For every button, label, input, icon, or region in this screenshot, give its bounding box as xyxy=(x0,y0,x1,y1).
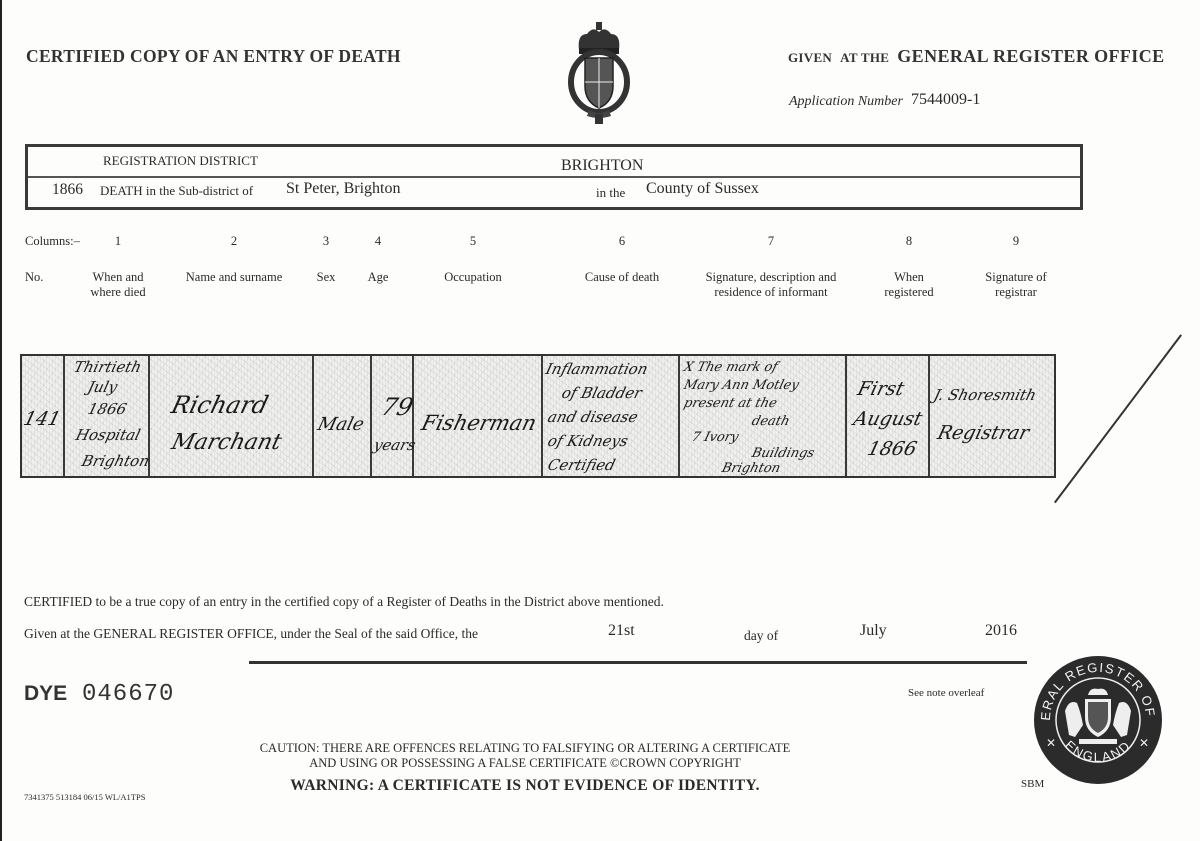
when-where-died-line: Brighton xyxy=(80,452,152,471)
county-label: in the xyxy=(596,185,625,201)
column-divider xyxy=(63,356,65,476)
signature-rule xyxy=(249,661,1027,664)
certification-year: 2016 xyxy=(985,622,1017,640)
column-header: Cause of death xyxy=(567,270,677,285)
form-code: 7341375 513184 06/15 WL/A1TPS xyxy=(24,792,145,802)
column-number: 7 xyxy=(751,234,791,249)
see-note-overleaf: See note overleaf xyxy=(908,687,984,699)
registrar-signature: J. Shoresmith xyxy=(932,386,1039,405)
cause-of-death-line: and disease xyxy=(546,408,640,427)
column-header: Signature, description and residence of … xyxy=(691,270,851,300)
deceased-age: 79 xyxy=(379,396,415,418)
serial-number: 046670 xyxy=(82,681,174,708)
royal-coat-of-arms-icon xyxy=(567,20,631,126)
district-divider xyxy=(28,176,1080,178)
entry-number: 141 xyxy=(21,408,63,430)
deceased-surname: Marchant xyxy=(169,432,283,454)
column-number: 1 xyxy=(98,234,138,249)
informant-line: death xyxy=(750,412,792,431)
columns-label: Columns:– xyxy=(25,234,80,249)
informant-line: present at the xyxy=(682,394,779,413)
column-divider xyxy=(678,356,680,476)
registration-district-box: REGISTRATION DISTRICT BRIGHTON 1866 DEAT… xyxy=(25,144,1083,210)
cause-of-death-line: Inflammation xyxy=(544,360,650,379)
serial-prefix: DYE xyxy=(24,682,67,706)
column-divider xyxy=(370,356,372,476)
column-number: 3 xyxy=(306,234,346,249)
subdistrict-label: DEATH in the Sub-district of xyxy=(100,183,253,199)
column-number: 8 xyxy=(889,234,929,249)
caution-notice: CAUTION: THERE ARE OFFENCES RELATING TO … xyxy=(245,741,805,771)
column-header: When and where died xyxy=(83,270,153,300)
deceased-occupation: Fisherman xyxy=(419,412,539,434)
column-divider xyxy=(845,356,847,476)
column-header: When registered xyxy=(874,270,944,300)
certification-month: July xyxy=(860,622,887,640)
when-where-died-line: Hospital xyxy=(74,426,143,445)
registration-date-line: First xyxy=(855,378,906,400)
column-header: Signature of registrar xyxy=(976,270,1056,300)
document-title: CERTIFIED COPY OF AN ENTRY OF DEATH xyxy=(26,46,401,67)
column-header: Occupation xyxy=(418,270,528,285)
deceased-sex: Male xyxy=(315,414,366,436)
svg-text:✕: ✕ xyxy=(1139,736,1149,750)
informant-line: 7 Ivory xyxy=(690,428,741,447)
registration-date-line: August xyxy=(851,408,924,430)
certification-day: 21st xyxy=(608,622,635,640)
certification-statement: CERTIFIED to be a true copy of an entry … xyxy=(24,594,664,610)
identity-warning: WARNING: A CERTIFICATE IS NOT EVIDENCE O… xyxy=(245,777,805,795)
application-number: 7544009-1 xyxy=(911,91,980,109)
column-header: Age xyxy=(323,270,433,285)
general-register-office-seal-icon: GENERAL REGISTER OFFICE ENGLAND ✕ ✕ xyxy=(1033,655,1163,785)
cause-of-death-line: Certified xyxy=(546,456,618,475)
deceased-forename: Richard xyxy=(169,394,270,416)
cause-of-death-line: of Kidneys xyxy=(546,432,630,451)
registration-year: 1866 xyxy=(52,181,83,199)
column-divider xyxy=(312,356,314,476)
registration-date-line: 1866 xyxy=(865,438,919,460)
column-number: 9 xyxy=(996,234,1036,249)
informant-line: Mary Ann Motley xyxy=(682,376,801,395)
issuer-heading: GIVEN AT THE GENERAL REGISTER OFFICE xyxy=(788,46,1165,67)
when-where-died-line: 1866 xyxy=(86,400,129,419)
informant-line: X The mark of xyxy=(682,358,780,377)
registration-district-label: REGISTRATION DISTRICT xyxy=(103,153,258,169)
informant-line: Brighton xyxy=(720,459,783,478)
column-divider xyxy=(928,356,930,476)
death-entry-row: 141 Thirtieth July 1866 Hospital Brighto… xyxy=(20,354,1056,478)
column-number: 4 xyxy=(358,234,398,249)
column-number: 5 xyxy=(453,234,493,249)
page-edge xyxy=(0,0,2,841)
when-where-died-line: July xyxy=(86,378,120,397)
application-number-label: Application Number xyxy=(789,94,903,110)
registrar-title: Registrar xyxy=(935,422,1031,444)
cancellation-line xyxy=(1054,334,1182,503)
column-number: 6 xyxy=(602,234,642,249)
county-value: County of Sussex xyxy=(646,180,759,198)
given-at-text: Given at the GENERAL REGISTER OFFICE, un… xyxy=(24,626,478,642)
deceased-age-unit: years xyxy=(372,436,418,455)
when-where-died-line: Thirtieth xyxy=(72,358,144,377)
column-header: No. xyxy=(25,270,55,285)
subdistrict-value: St Peter, Brighton xyxy=(286,180,400,198)
svg-text:✕: ✕ xyxy=(1046,736,1056,750)
cause-of-death-line: of Bladder xyxy=(560,384,644,403)
day-of-label: day of xyxy=(744,628,778,644)
column-number: 2 xyxy=(214,234,254,249)
registration-district-value: BRIGHTON xyxy=(561,157,643,175)
column-divider xyxy=(541,356,543,476)
column-divider xyxy=(412,356,414,476)
